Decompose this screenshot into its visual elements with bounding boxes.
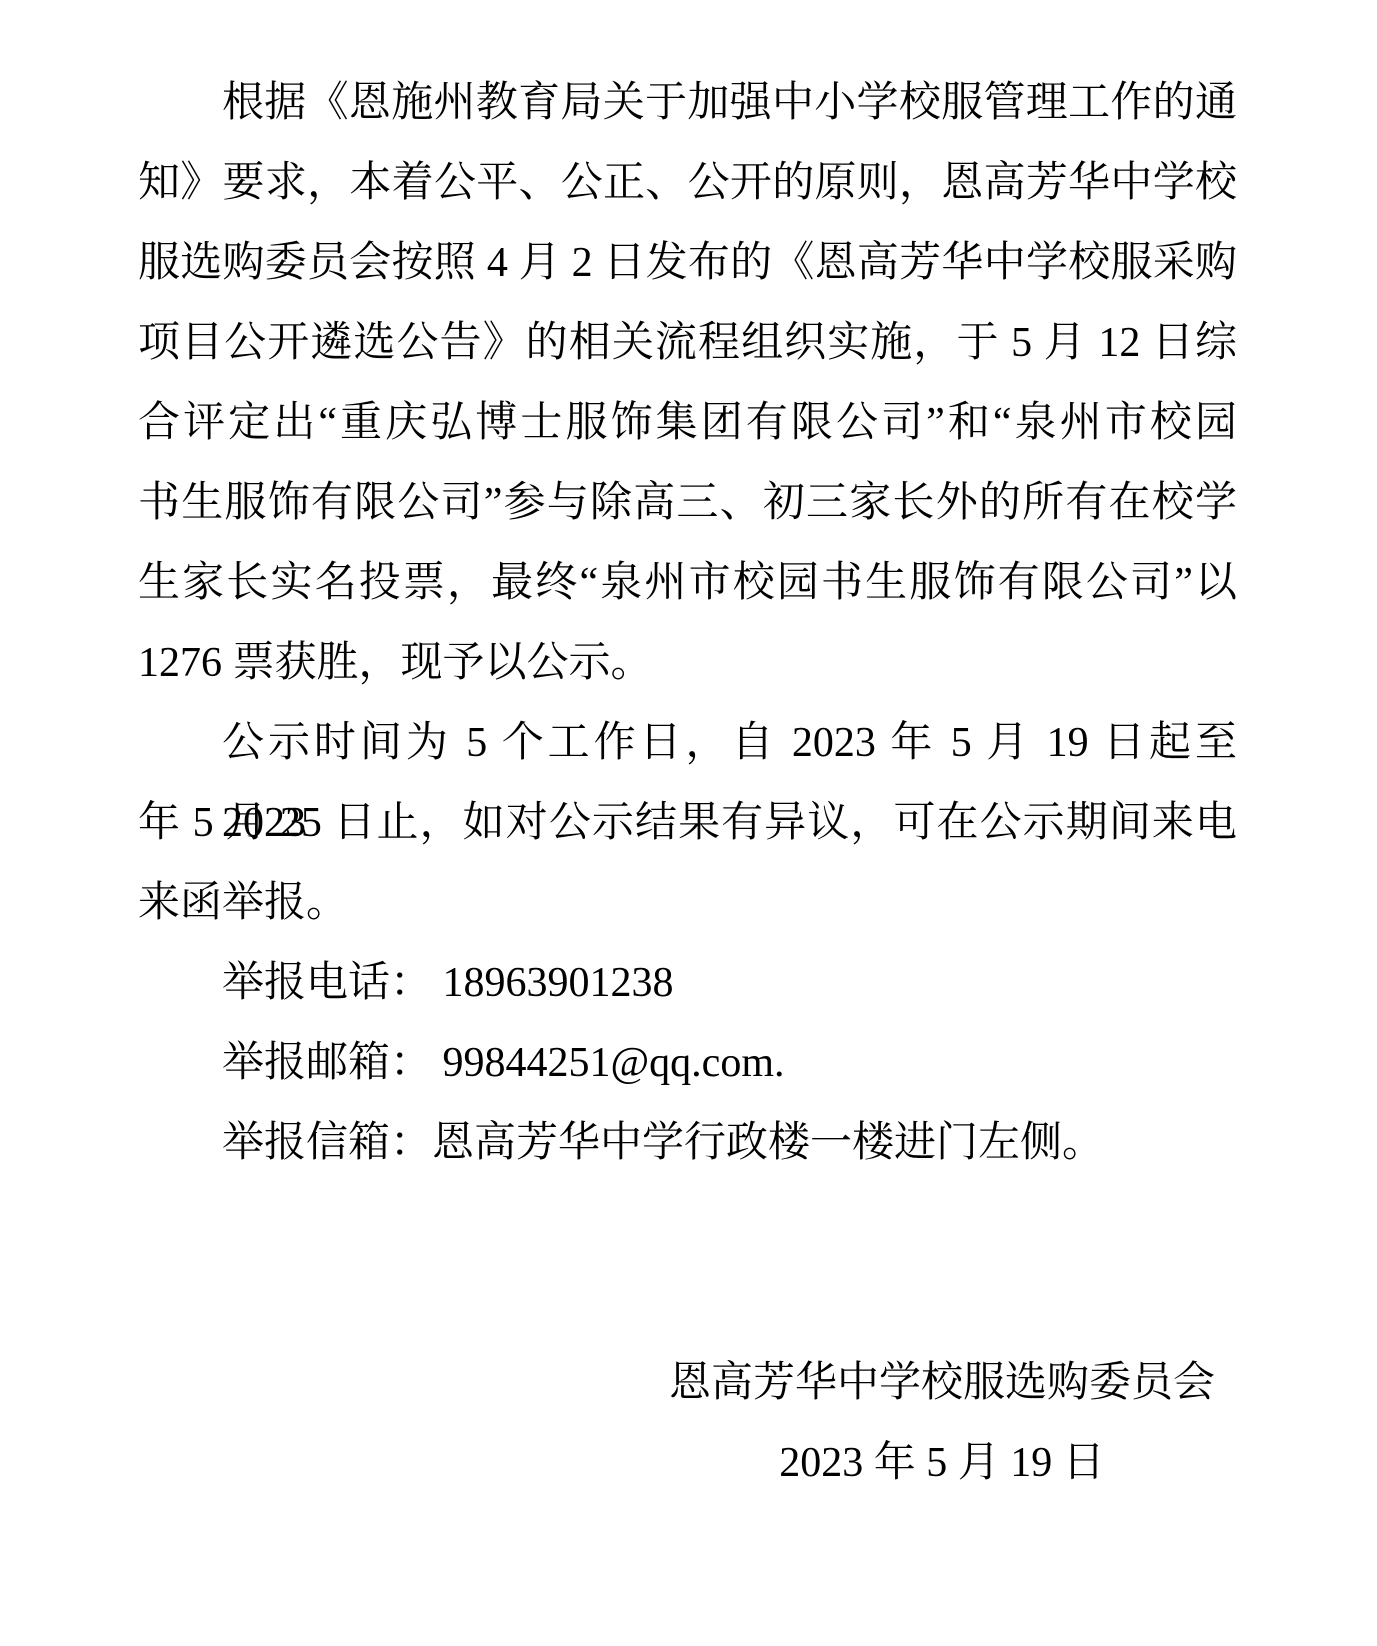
body-line: 举报信箱：恩高芳华中学行政楼一楼进门左侧。 [138,1103,1237,1183]
body-line: 服选购委员会按照 4 月 2 日发布的《恩高芳华中学校服采购 [138,223,1237,303]
body-line: 公示时间为 5 个工作日，自 2023 年 5 月 19 日起至 2023 [138,703,1237,783]
body-line: 书生服饰有限公司”参与除高三、初三家长外的所有在校学 [138,463,1237,543]
body-line: 根据《恩施州教育局关于加强中小学校服管理工作的通 [138,63,1237,143]
body-line: 知》要求，本着公平、公正、公开的原则，恩高芳华中学校 [138,143,1237,223]
document-body: 根据《恩施州教育局关于加强中小学校服管理工作的通知》要求，本着公平、公正、公开的… [138,63,1237,1183]
body-line: 举报邮箱： 99844251@qq.com. [138,1023,1237,1103]
body-line: 来函举报。 [138,863,1237,943]
body-line: 年 5 月 25 日止，如对公示结果有异议，可在公示期间来电 [138,783,1237,863]
announcement-page: 根据《恩施州教育局关于加强中小学校服管理工作的通知》要求，本着公平、公正、公开的… [0,0,1377,1646]
body-line: 合评定出“重庆弘博士服饰集团有限公司”和“泉州市校园 [138,383,1237,463]
signature-committee: 恩高芳华中学校服选购委员会 [669,1343,1215,1423]
signature-block: 恩高芳华中学校服选购委员会 2023 年 5 月 19 日 [669,1343,1215,1503]
body-line: 生家长实名投票，最终“泉州市校园书生服饰有限公司”以 [138,543,1237,623]
body-line: 1276 票获胜，现予以公示。 [138,623,1237,703]
body-line: 项目公开遴选公告》的相关流程组织实施，于 5 月 12 日综 [138,303,1237,383]
signature-date: 2023 年 5 月 19 日 [669,1423,1215,1503]
body-line: 举报电话： 18963901238 [138,943,1237,1023]
